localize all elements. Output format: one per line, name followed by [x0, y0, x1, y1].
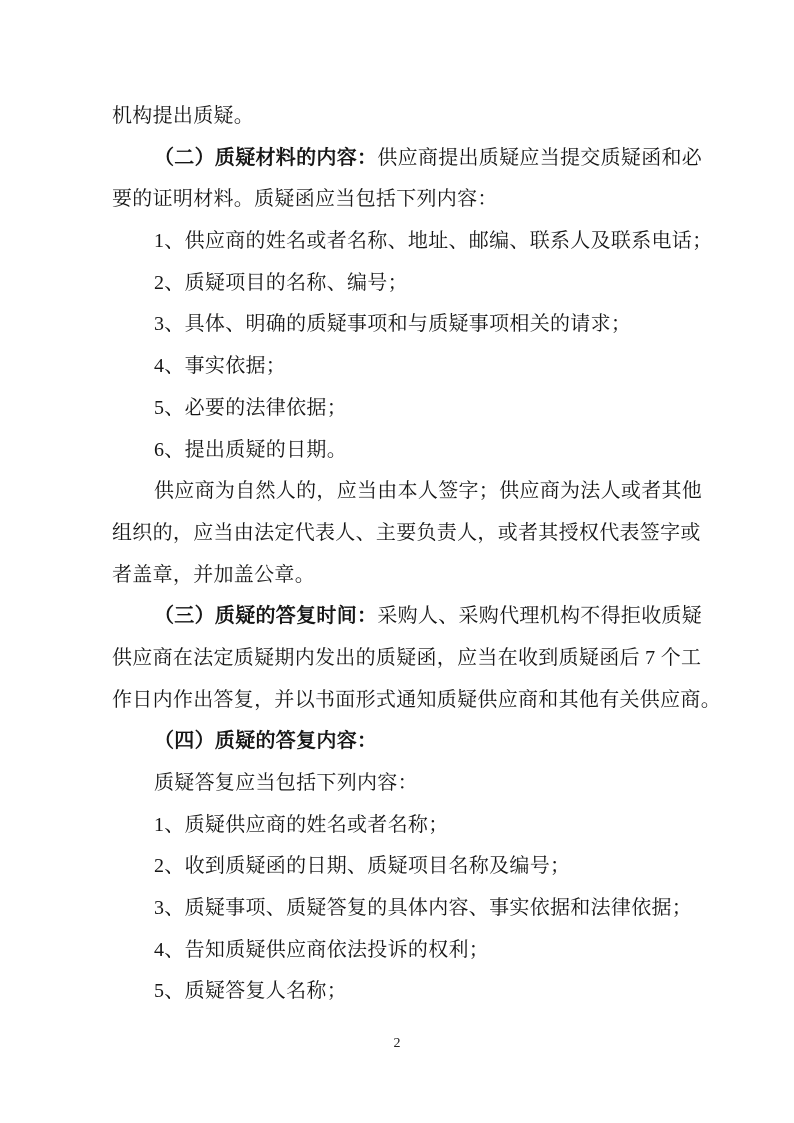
section-heading-4-line: （四）质疑的答复内容： [112, 721, 752, 763]
page-footer: 2 [0, 1036, 794, 1052]
text-run: 组织的，应当由法定代表人、主要负责人，或者其授权代表签字或 [112, 522, 701, 544]
text-line: 供应商为自然人的，应当由本人签字；供应商为法人或者其他 [112, 471, 752, 513]
text-run: 3、具体、明确的质疑事项和与质疑事项相关的请求； [154, 313, 631, 335]
list-item: 3、质疑事项、质疑答复的具体内容、事实依据和法律依据； [112, 888, 752, 930]
text-run: 机构提出质疑。 [112, 105, 254, 127]
text-run: 者盖章，并加盖公章。 [112, 564, 315, 586]
text-run: 质疑答复应当包括下列内容： [154, 772, 418, 794]
text-run: 3、质疑事项、质疑答复的具体内容、事实依据和法律依据； [154, 897, 692, 919]
list-item: 2、质疑项目的名称、编号； [112, 263, 752, 305]
section-heading-2-line: （二）质疑材料的内容：供应商提出质疑应当提交质疑函和必 [112, 138, 752, 180]
list-item: 4、事实依据； [112, 346, 752, 388]
text-run: 4、告知质疑供应商依法投诉的权利； [154, 939, 489, 961]
text-run: 供应商提出质疑应当提交质疑函和必 [377, 147, 702, 169]
list-item: 3、具体、明确的质疑事项和与质疑事项相关的请求； [112, 304, 752, 346]
text-line: 者盖章，并加盖公章。 [112, 555, 752, 597]
section-heading-text: （二）质疑材料的内容： [154, 147, 377, 169]
list-item: 6、提出质疑的日期。 [112, 430, 752, 472]
list-item: 1、供应商的姓名或者名称、地址、邮编、联系人及联系电话； [112, 221, 752, 263]
list-item: 5、必要的法律依据； [112, 388, 752, 430]
text-line: 组织的，应当由法定代表人、主要负责人，或者其授权代表签字或 [112, 513, 752, 555]
document-body: 机构提出质疑。 （二）质疑材料的内容：供应商提出质疑应当提交质疑函和必 要的证明… [112, 96, 752, 1013]
text-run: 6、提出质疑的日期。 [154, 439, 347, 461]
page-number: 2 [394, 1036, 401, 1051]
text-line: 机构提出质疑。 [112, 96, 752, 138]
text-run: 供应商为自然人的，应当由本人签字；供应商为法人或者其他 [154, 480, 702, 502]
section-heading-text: （三）质疑的答复时间： [154, 605, 377, 627]
text-run: 要的证明材料。质疑函应当包括下列内容： [112, 188, 498, 210]
text-run: 2、收到质疑函的日期、质疑项目名称及编号； [154, 855, 570, 877]
text-line: 要的证明材料。质疑函应当包括下列内容： [112, 179, 752, 221]
text-run: 1、质疑供应商的姓名或者名称； [154, 814, 449, 836]
list-item: 4、告知质疑供应商依法投诉的权利； [112, 930, 752, 972]
text-run: 1、供应商的姓名或者名称、地址、邮编、联系人及联系电话； [154, 230, 712, 252]
list-item: 2、收到质疑函的日期、质疑项目名称及编号； [112, 846, 752, 888]
text-run: 供应商在法定质疑期内发出的质疑函，应当在收到质疑函后 7 个工 [112, 647, 701, 669]
text-run: 2、质疑项目的名称、编号； [154, 272, 408, 294]
text-run: 5、必要的法律依据； [154, 397, 347, 419]
section-heading-text: （四）质疑的答复内容： [154, 730, 377, 752]
text-run: 5、质疑答复人名称； [154, 980, 347, 1002]
text-line: 质疑答复应当包括下列内容： [112, 763, 752, 805]
list-item: 1、质疑供应商的姓名或者名称； [112, 805, 752, 847]
section-heading-3-line: （三）质疑的答复时间：采购人、采购代理机构不得拒收质疑 [112, 596, 752, 638]
text-line: 供应商在法定质疑期内发出的质疑函，应当在收到质疑函后 7 个工 [112, 638, 752, 680]
text-run: 4、事实依据； [154, 355, 286, 377]
text-run: 采购人、采购代理机构不得拒收质疑 [377, 605, 702, 627]
document-page: 机构提出质疑。 （二）质疑材料的内容：供应商提出质疑应当提交质疑函和必 要的证明… [0, 0, 794, 1123]
text-line: 作日内作出答复，并以书面形式通知质疑供应商和其他有关供应商。 [112, 680, 752, 722]
text-run: 作日内作出答复，并以书面形式通知质疑供应商和其他有关供应商。 [112, 689, 721, 711]
list-item: 5、质疑答复人名称； [112, 971, 752, 1013]
